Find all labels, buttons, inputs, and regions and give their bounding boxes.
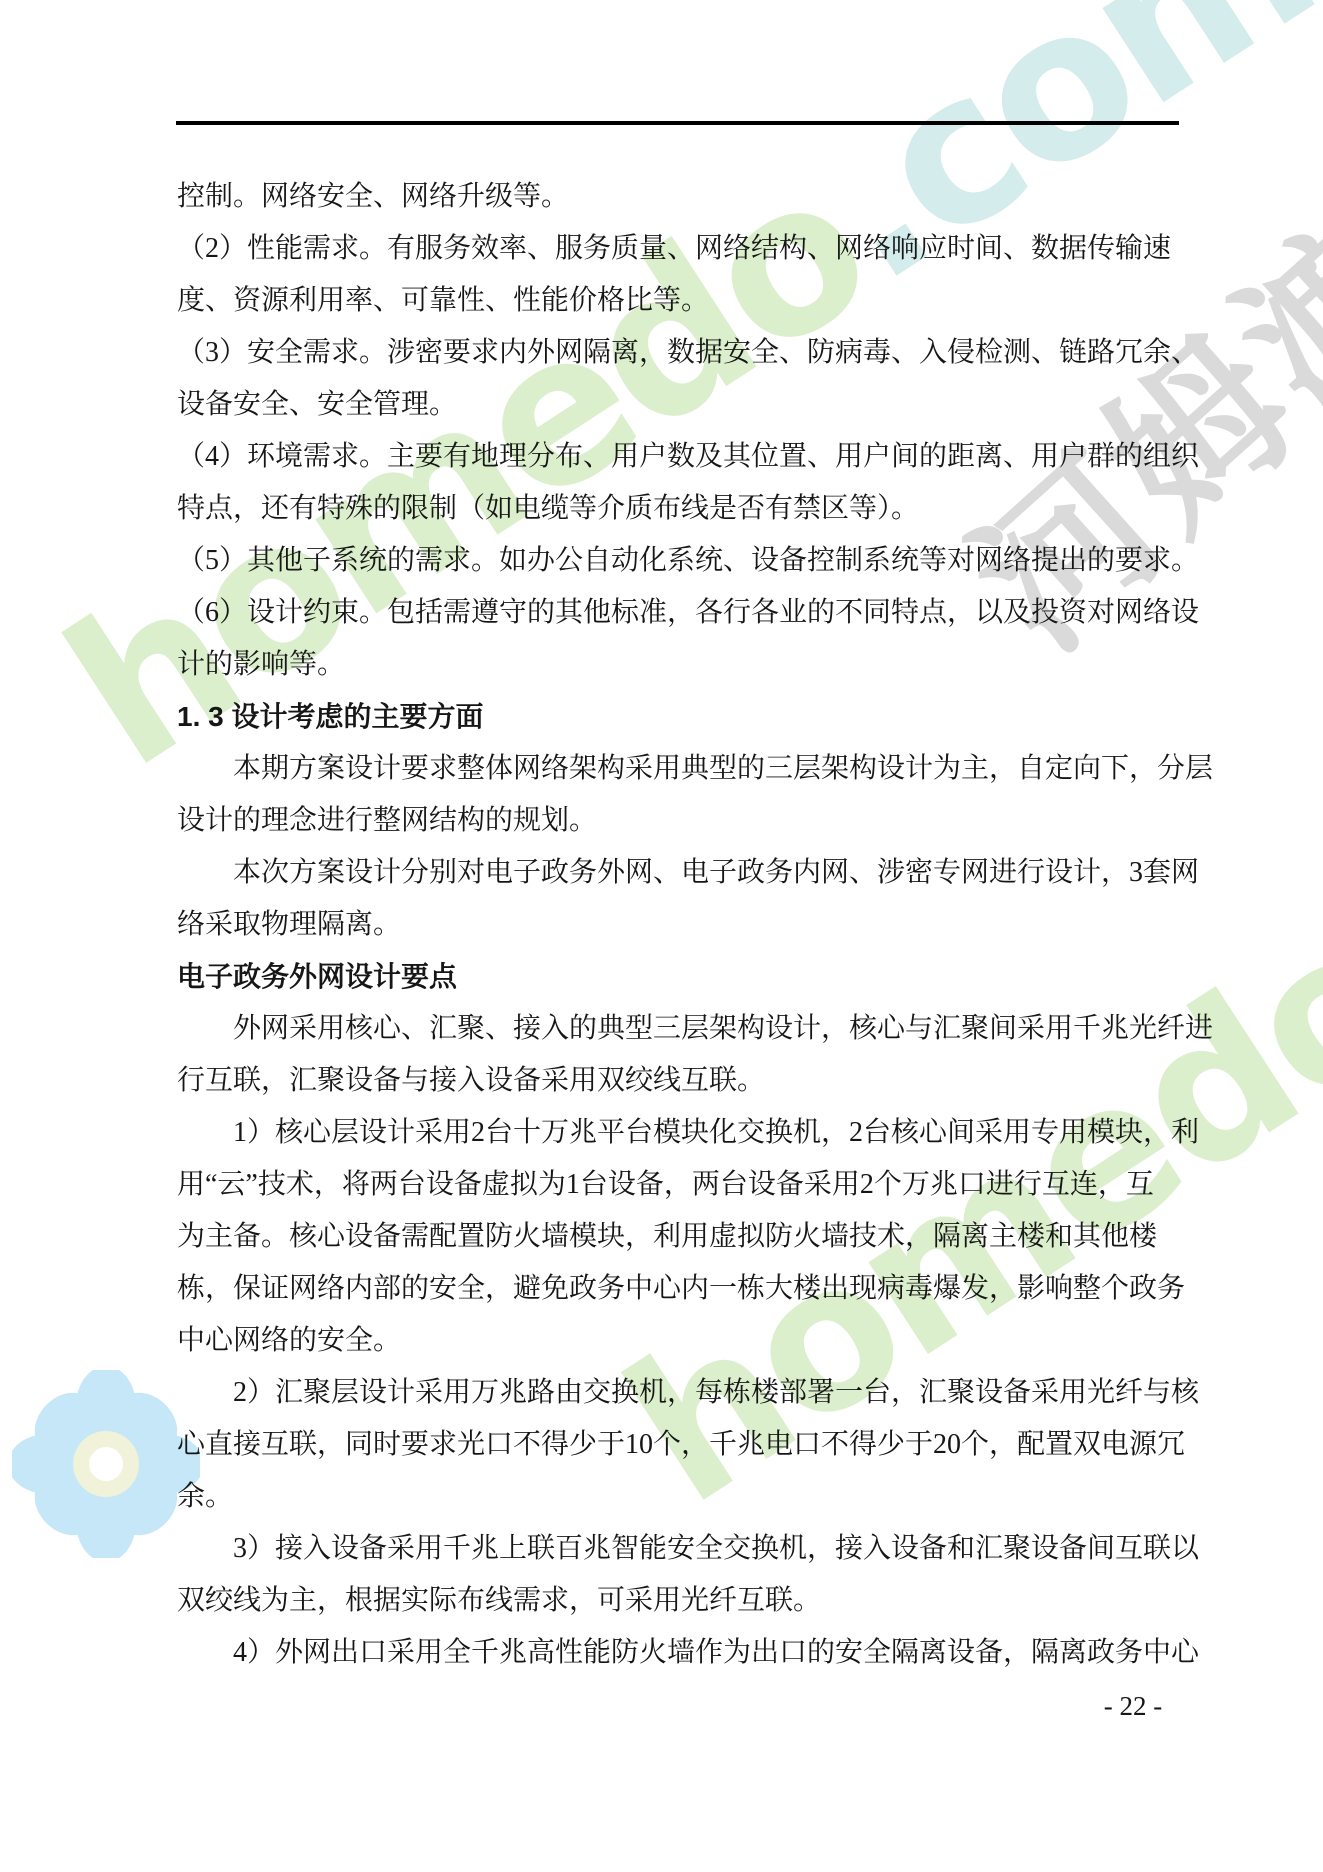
text-line: 栋，保证网络内部的安全，避免政务中心内一栋大楼出现病毒爆发，影响整个政务 — [177, 1263, 1177, 1315]
page-content: 控制。网络安全、网络升级等。（2）性能需求。有服务效率、服务质量、网络结构、网络… — [0, 0, 1323, 1872]
text-line: 度、资源利用率、可靠性、性能价格比等。 — [177, 275, 1177, 327]
text-line: 特点，还有特殊的限制（如电缆等介质布线是否有禁区等）。 — [177, 483, 1177, 535]
text-line: 计的影响等。 — [177, 639, 1177, 691]
text-line: （4）环境需求。主要有地理分布、用户数及其位置、用户间的距离、用户群的组织 — [177, 431, 1177, 483]
text-line: 心直接互联，同时要求光口不得少于10个，千兆电口不得少于20个，配置双电源冗 — [177, 1419, 1177, 1471]
text-line: （3）安全需求。涉密要求内外网隔离，数据安全、防病毒、入侵检测、链路冗余、 — [177, 327, 1177, 379]
text-line: 4）外网出口采用全千兆高性能防火墙作为出口的安全隔离设备，隔离政务中心 — [177, 1627, 1177, 1679]
heading-line: 1. 3 设计考虑的主要方面 — [177, 691, 1177, 743]
text-line: 设备安全、安全管理。 — [177, 379, 1177, 431]
text-line: 控制。网络安全、网络升级等。 — [177, 171, 1177, 223]
text-line: 本次方案设计分别对电子政务外网、电子政务内网、涉密专网进行设计，3套网 — [177, 847, 1177, 899]
text-line: 为主备。核心设备需配置防火墙模块，利用虚拟防火墙技术，隔离主楼和其他楼 — [177, 1211, 1177, 1263]
text-line: 双绞线为主，根据实际布线需求，可采用光纤互联。 — [177, 1575, 1177, 1627]
text-line: 1）核心层设计采用2台十万兆平台模块化交换机，2台核心间采用专用模块，利 — [177, 1107, 1177, 1159]
text-line: 行互联，汇聚设备与接入设备采用双绞线互联。 — [177, 1055, 1177, 1107]
header-divider-rule — [176, 121, 1179, 125]
text-line: 2）汇聚层设计采用万兆路由交换机，每栋楼部署一台，汇聚设备采用光纤与核 — [177, 1367, 1177, 1419]
text-line: 中心网络的安全。 — [177, 1315, 1177, 1367]
text-line: （6）设计约束。包括需遵守的其他标准，各行各业的不同特点，以及投资对网络设 — [177, 587, 1177, 639]
text-line: 用“云”技术，将两台设备虚拟为1台设备，两台设备采用2个万兆口进行互连，互 — [177, 1159, 1177, 1211]
text-line: 设计的理念进行整网结构的规划。 — [177, 795, 1177, 847]
text-line: （5）其他子系统的需求。如办公自动化系统、设备控制系统等对网络提出的要求。 — [177, 535, 1177, 587]
page-number: - 22 - — [1078, 1689, 1188, 1723]
text-line: 余。 — [177, 1471, 1177, 1523]
heading-line: 电子政务外网设计要点 — [177, 951, 1177, 1003]
document-lines: 控制。网络安全、网络升级等。（2）性能需求。有服务效率、服务质量、网络结构、网络… — [177, 171, 1177, 1679]
text-line: 3）接入设备采用千兆上联百兆智能安全交换机，接入设备和汇聚设备间互联以 — [177, 1523, 1177, 1575]
text-line: 络采取物理隔离。 — [177, 899, 1177, 951]
text-line: 外网采用核心、汇聚、接入的典型三层架构设计，核心与汇聚间采用千兆光纤进 — [177, 1003, 1177, 1055]
text-line: 本期方案设计要求整体网络架构采用典型的三层架构设计为主，自定向下，分层 — [177, 743, 1177, 795]
document-page: homedo.com homedo.com 河姆渡 控制。网络安全、网络升级等。… — [0, 0, 1323, 1872]
text-line: （2）性能需求。有服务效率、服务质量、网络结构、网络响应时间、数据传输速 — [177, 223, 1177, 275]
